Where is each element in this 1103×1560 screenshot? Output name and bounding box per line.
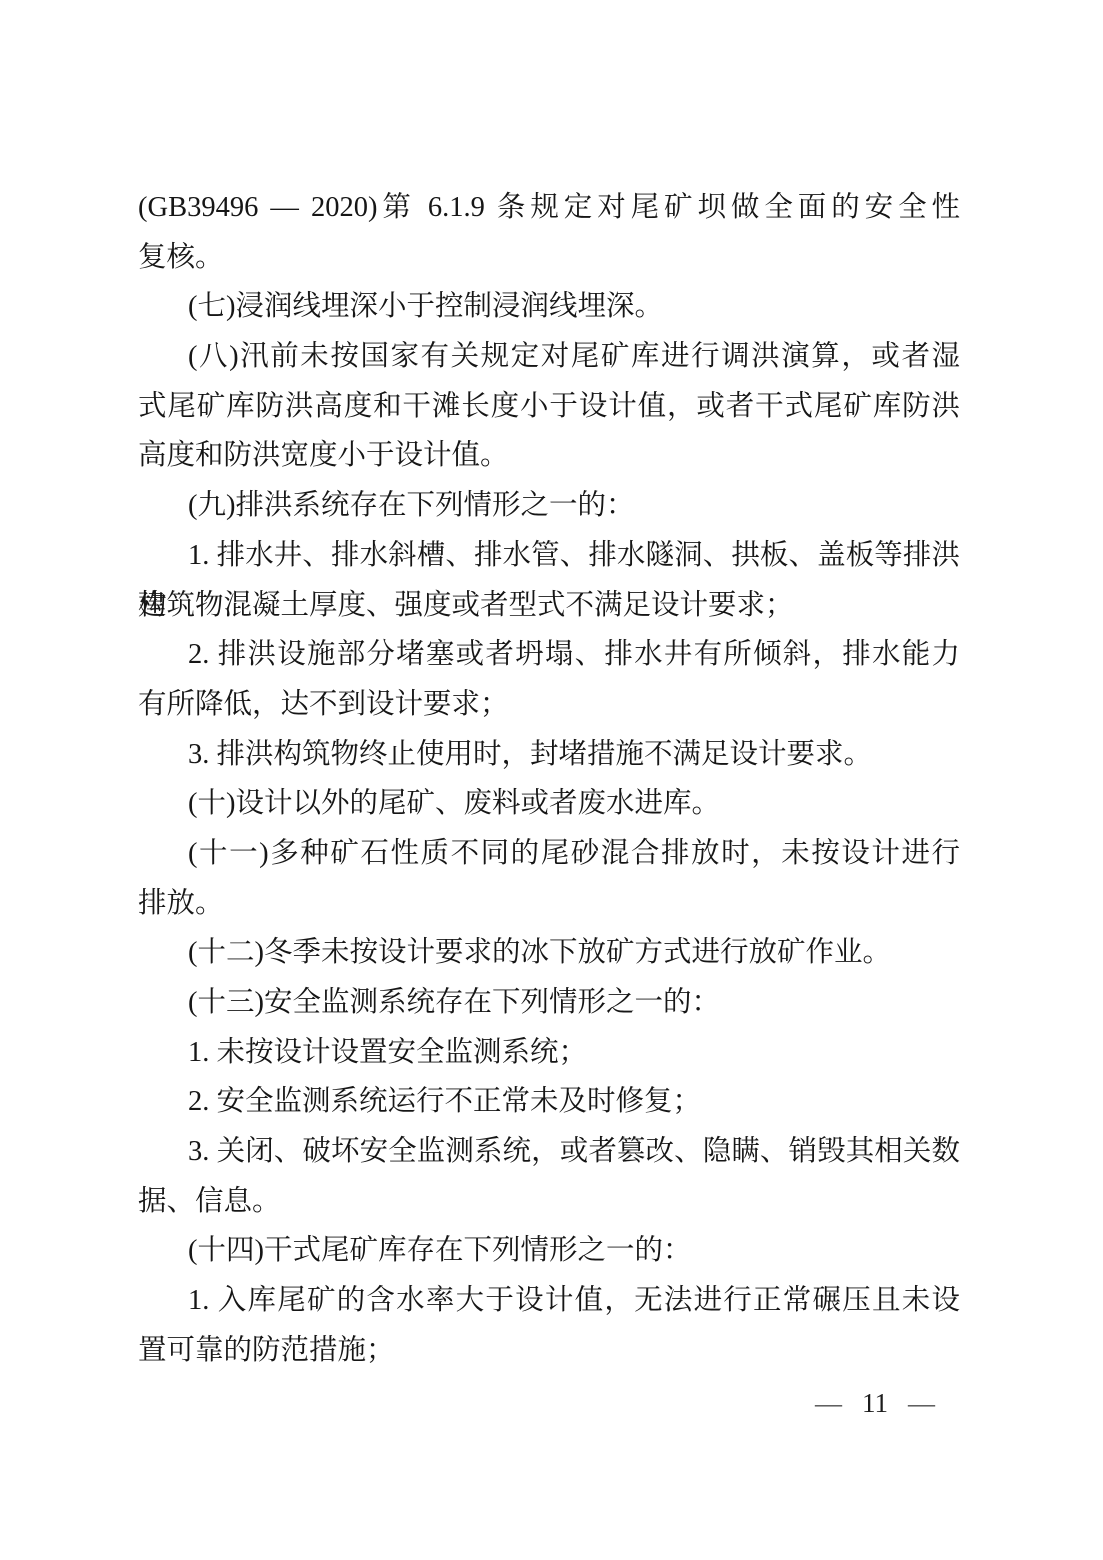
text-line: 式尾矿库防洪高度和干滩长度小于设计值，或者干式尾矿库防洪 (138, 382, 960, 432)
text-line: (十三)安全监测系统存在下列情形之一的： (138, 978, 960, 1028)
text-line: 2. 排洪设施部分堵塞或者坍塌、排水井有所倾斜，排水能力 (138, 630, 960, 680)
text-line: (九)排洪系统存在下列情形之一的： (138, 481, 960, 531)
body-text: (GB39496 — 2020)第 6.1.9 条规定对尾矿坝做全面的安全性复核… (138, 183, 960, 1376)
text-line: 2. 安全监测系统运行不正常未及时修复； (138, 1077, 960, 1127)
text-line: (GB39496 — 2020)第 6.1.9 条规定对尾矿坝做全面的安全性 (138, 183, 960, 233)
text-line: 置可靠的防范措施； (138, 1326, 960, 1376)
text-line: 排放。 (138, 879, 960, 929)
text-line: 高度和防洪宽度小于设计值。 (138, 431, 960, 481)
text-line: 3. 关闭、破坏安全监测系统，或者篡改、隐瞒、销毁其相关数 (138, 1127, 960, 1177)
text-line: (十二)冬季未按设计要求的冰下放矿方式进行放矿作业。 (138, 928, 960, 978)
text-line: 构筑物混凝土厚度、强度或者型式不满足设计要求； (138, 581, 960, 631)
text-line: (七)浸润线埋深小于控制浸润线埋深。 (138, 282, 960, 332)
text-line: (十四)干式尾矿库存在下列情形之一的： (138, 1226, 960, 1276)
text-line: (十一)多种矿石性质不同的尾砂混合排放时，未按设计进行 (138, 829, 960, 879)
text-line: 1. 未按设计设置安全监测系统； (138, 1028, 960, 1078)
document-page: (GB39496 — 2020)第 6.1.9 条规定对尾矿坝做全面的安全性复核… (0, 0, 1103, 1560)
text-line: 据、信息。 (138, 1177, 960, 1227)
text-line: 1. 排水井、排水斜槽、排水管、排水隧洞、拱板、盖板等排洪建 (138, 531, 960, 581)
text-line: 1. 入库尾矿的含水率大于设计值，无法进行正常碾压且未设 (138, 1276, 960, 1326)
text-line: (十)设计以外的尾矿、废料或者废水进库。 (138, 779, 960, 829)
page-number: 11 (862, 1387, 888, 1419)
text-line: 3. 排洪构筑物终止使用时，封堵措施不满足设计要求。 (138, 730, 960, 780)
footer-dash-right: — (908, 1387, 935, 1419)
text-line: 复核。 (138, 233, 960, 283)
text-line: 有所降低，达不到设计要求； (138, 680, 960, 730)
page-footer: — 11 — (815, 1387, 935, 1419)
text-line: (八)汛前未按国家有关规定对尾矿库进行调洪演算，或者湿 (138, 332, 960, 382)
footer-dash-left: — (815, 1387, 842, 1419)
